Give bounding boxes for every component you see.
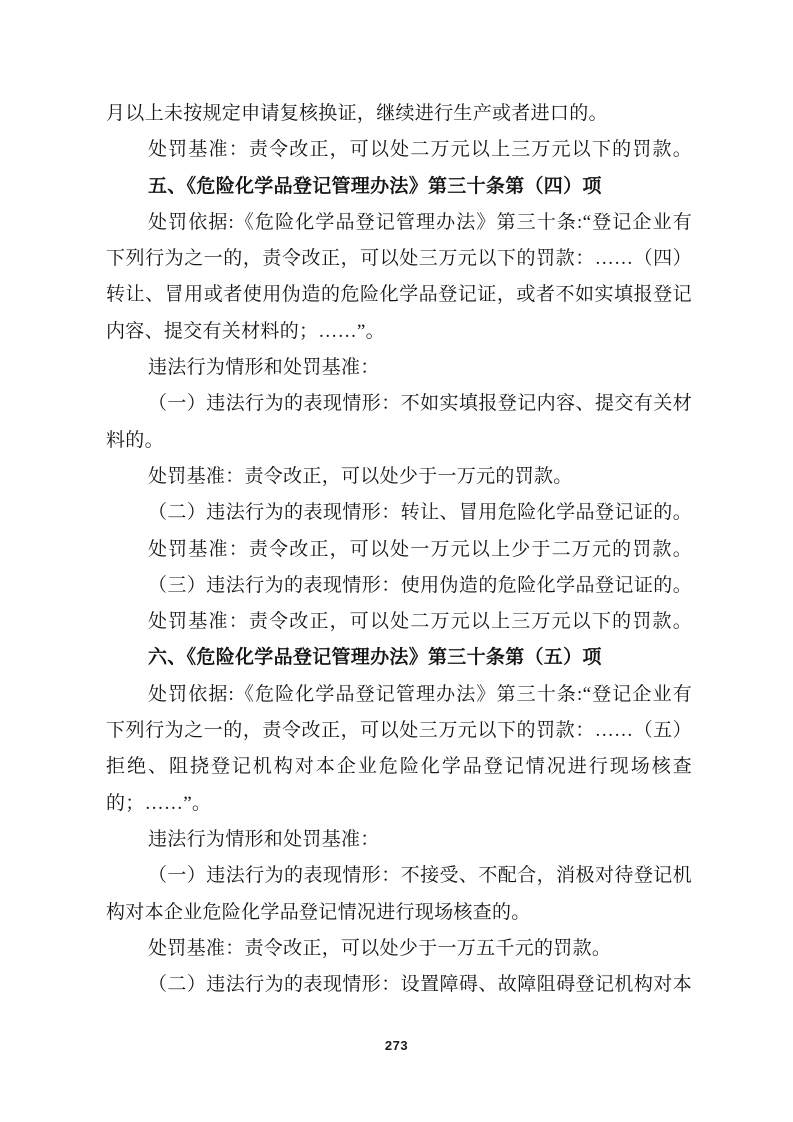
text-line: 处罚基准：责令改正，可以处一万元以上少于二万元的罚款。: [106, 532, 692, 568]
text-line: 处罚基准：责令改正，可以处二万元以上三万元以下的罚款。: [106, 132, 692, 168]
text-line: （二）违法行为的表现情形：转让、冒用危险化学品登记证的。: [106, 495, 692, 531]
text-line: 转让、冒用或者使用伪造的危险化学品登记证，或者不如实填报登记: [106, 277, 692, 313]
text-line: 违法行为情形和处罚基准：: [106, 822, 692, 858]
text-line: 下列行为之一的，责令改正，可以处三万元以下的罚款：……（五）: [106, 713, 692, 749]
text-line: 料的。: [106, 423, 692, 459]
text-line: （二）违法行为的表现情形：设置障碍、故障阻碍登记机构对本: [106, 967, 692, 1003]
document-page: 月以上未按规定申请复核换证，继续进行生产或者进口的。处罚基准：责令改正，可以处二…: [0, 0, 793, 1122]
text-line: 内容、提交有关材料的；……”。: [106, 314, 692, 350]
text-line: （三）违法行为的表现情形：使用伪造的危险化学品登记证的。: [106, 568, 692, 604]
text-line: 的；……”。: [106, 786, 692, 822]
text-line: （一）违法行为的表现情形：不接受、不配合，消极对待登记机: [106, 858, 692, 894]
text-line: 处罚依据:《危险化学品登记管理办法》第三十条:“登记企业有: [106, 205, 692, 241]
heading-line: 六、《危险化学品登记管理办法》第三十条第（五）项: [106, 640, 692, 676]
text-line: 处罚基准：责令改正，可以处二万元以上三万元以下的罚款。: [106, 604, 692, 640]
text-line: 构对本企业危险化学品登记情况进行现场核查的。: [106, 895, 692, 931]
document-body: 月以上未按规定申请复核换证，继续进行生产或者进口的。处罚基准：责令改正，可以处二…: [106, 96, 692, 1003]
heading-line: 五、《危险化学品登记管理办法》第三十条第（四）项: [106, 169, 692, 205]
text-line: 月以上未按规定申请复核换证，继续进行生产或者进口的。: [106, 96, 692, 132]
text-line: 处罚依据:《危险化学品登记管理办法》第三十条:“登记企业有: [106, 677, 692, 713]
text-line: 违法行为情形和处罚基准：: [106, 350, 692, 386]
text-line: 拒绝、阻挠登记机构对本企业危险化学品登记情况进行现场核查: [106, 749, 692, 785]
page-number: 273: [0, 1036, 793, 1056]
text-line: 处罚基准：责令改正，可以处少于一万五千元的罚款。: [106, 931, 692, 967]
text-line: （一）违法行为的表现情形：不如实填报登记内容、提交有关材: [106, 386, 692, 422]
text-line: 下列行为之一的，责令改正，可以处三万元以下的罚款：……（四）: [106, 241, 692, 277]
text-line: 处罚基准：责令改正，可以处少于一万元的罚款。: [106, 459, 692, 495]
